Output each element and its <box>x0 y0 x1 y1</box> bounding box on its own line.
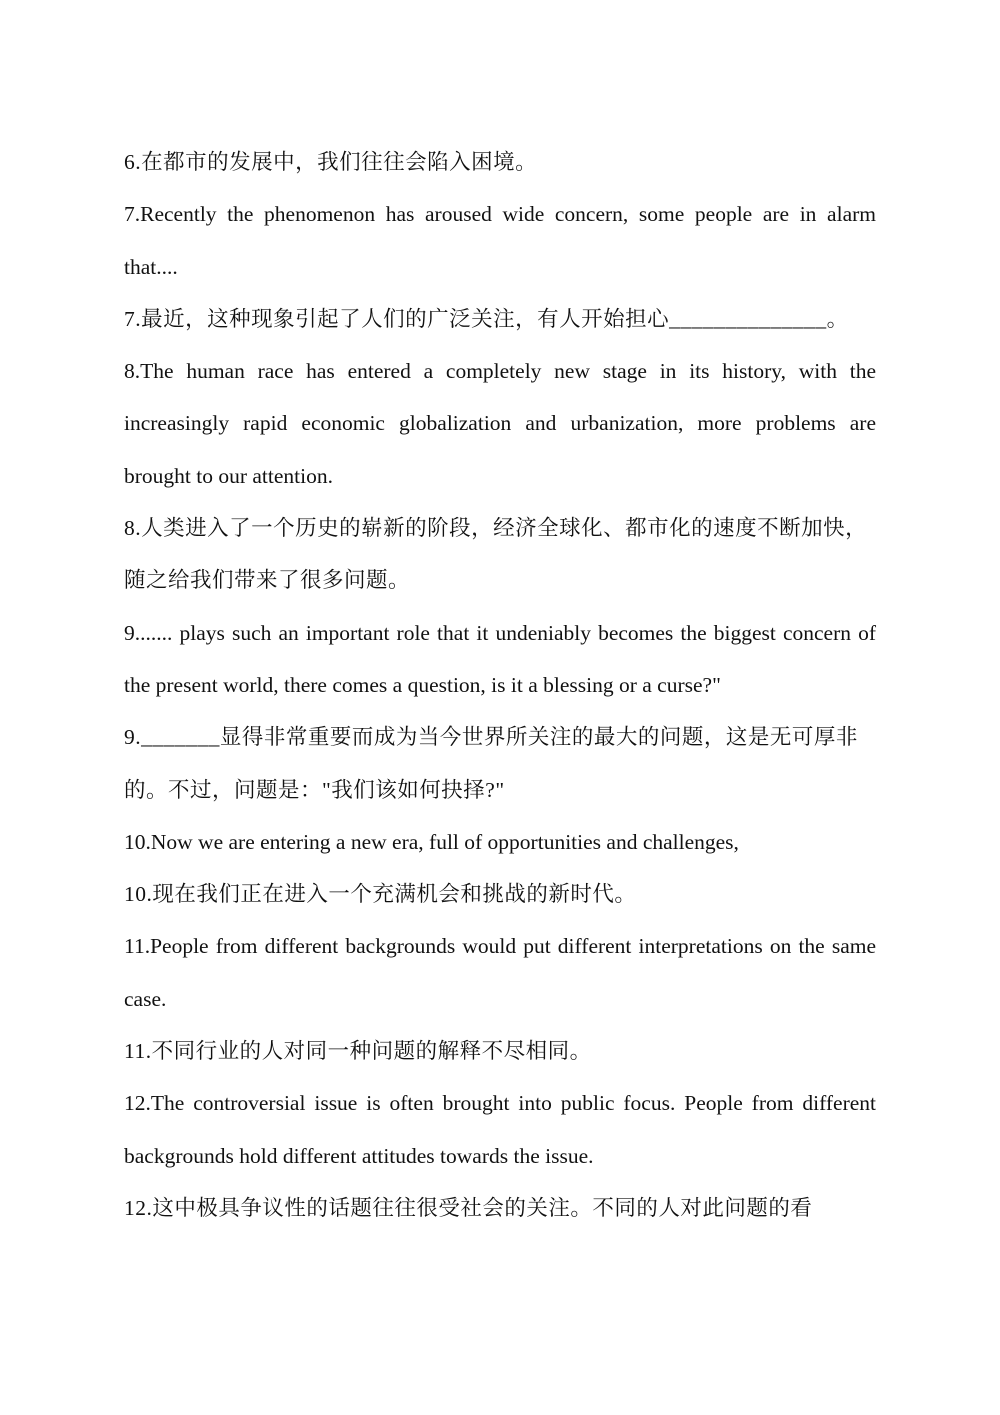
paragraph-12-en: 12.The controversial issue is often brou… <box>124 1077 876 1182</box>
document-page: 6.在都市的发展中，我们往往会陷入困境。 7.Recently the phen… <box>124 136 876 1234</box>
paragraph-12-zh: 12.这中极具争议性的话题往往很受社会的关注。不同的人对此问题的看 <box>124 1182 876 1234</box>
paragraph-6-zh: 6.在都市的发展中，我们往往会陷入困境。 <box>124 136 876 188</box>
paragraph-7-zh: 7.最近，这种现象引起了人们的广泛关注，有人开始担心______________… <box>124 293 876 345</box>
paragraph-8-zh: 8.人类进入了一个历史的崭新的阶段，经济全球化、都市化的速度不断加快，随之给我们… <box>124 502 876 607</box>
paragraph-10-en: 10.Now we are entering a new era, full o… <box>124 816 876 868</box>
paragraph-9-zh: 9._______显得非常重要而成为当今世界所关注的最大的问题，这是无可厚非的。… <box>124 711 876 816</box>
paragraph-11-en: 11.People from different backgrounds wou… <box>124 920 876 1025</box>
paragraph-8-en: 8.The human race has entered a completel… <box>124 345 876 502</box>
paragraph-10-zh: 10.现在我们正在进入一个充满机会和挑战的新时代。 <box>124 868 876 920</box>
paragraph-7-en: 7.Recently the phenomenon has aroused wi… <box>124 188 876 293</box>
paragraph-9-en: 9....... plays such an important role th… <box>124 607 876 712</box>
paragraph-11-zh: 11.不同行业的人对同一种问题的解释不尽相同。 <box>124 1025 876 1077</box>
